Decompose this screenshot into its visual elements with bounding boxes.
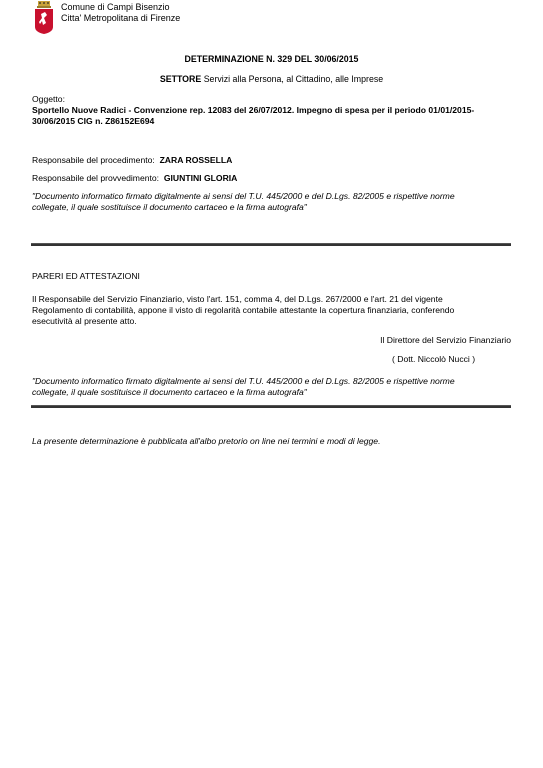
signer-name: ( Dott. Niccolò Nucci ) (392, 354, 475, 364)
sector-line: SETTORE Servizi alla Persona, al Cittadi… (0, 74, 543, 84)
signer-role: Il Direttore del Servizio Finanziario (300, 335, 511, 345)
opinions-heading: PARERI ED ATTESTAZIONI (32, 271, 512, 282)
municipality-name: Comune di Campi Bisenzio (61, 2, 180, 13)
procedure-responsible: Responsabile del procedimento: ZARA ROSS… (32, 155, 512, 166)
opinions-body-line-1: Il Responsabile del Servizio Finanziario… (32, 294, 512, 305)
signature-note-line-2: collegate, il quale sostituisce il docum… (32, 202, 512, 213)
opinions-body-line-2: Regolamento di contabilità, appone il vi… (32, 305, 512, 316)
subject-label: Oggetto: (32, 94, 512, 105)
opinions-body: Il Responsabile del Servizio Finanziario… (32, 294, 512, 327)
coat-of-arms-icon (34, 1, 54, 34)
provision-responsible: Responsabile del provvedimento: GIUNTINI… (32, 173, 512, 184)
procedure-label: Responsabile del procedimento: (32, 155, 155, 165)
section-divider-2 (31, 405, 511, 408)
metro-city-name: Citta' Metropolitana di Firenze (61, 13, 180, 24)
subject-line-1: Sportello Nuove Radici - Convenzione rep… (32, 105, 512, 116)
signature-note-2-line-2: collegate, il quale sostituisce il docum… (32, 387, 512, 398)
sector-label: SETTORE (160, 74, 201, 84)
header-text: Comune di Campi Bisenzio Citta' Metropol… (61, 2, 180, 24)
signature-note-line-1: "Documento informatico firmato digitalme… (32, 191, 512, 202)
provision-name: GIUNTINI GLORIA (164, 173, 238, 183)
digital-signature-note: "Documento informatico firmato digitalme… (32, 191, 512, 213)
subject-line-2: 30/06/2015 CIG n. Z86152E694 (32, 116, 512, 127)
digital-signature-note-2: "Documento informatico firmato digitalme… (32, 376, 512, 398)
opinions-body-line-3: esecutività al presente atto. (32, 316, 512, 327)
publication-note: La presente determinazione è pubblicata … (32, 436, 512, 447)
subject-block: Oggetto: Sportello Nuove Radici - Conven… (32, 94, 512, 127)
signature-note-2-line-1: "Documento informatico firmato digitalme… (32, 376, 512, 387)
provision-label: Responsabile del provvedimento: (32, 173, 159, 183)
section-divider (31, 243, 511, 246)
document-title: DETERMINAZIONE N. 329 DEL 30/06/2015 (0, 54, 543, 64)
sector-name: Servizi alla Persona, al Cittadino, alle… (204, 74, 383, 84)
procedure-name: ZARA ROSSELLA (160, 155, 233, 165)
